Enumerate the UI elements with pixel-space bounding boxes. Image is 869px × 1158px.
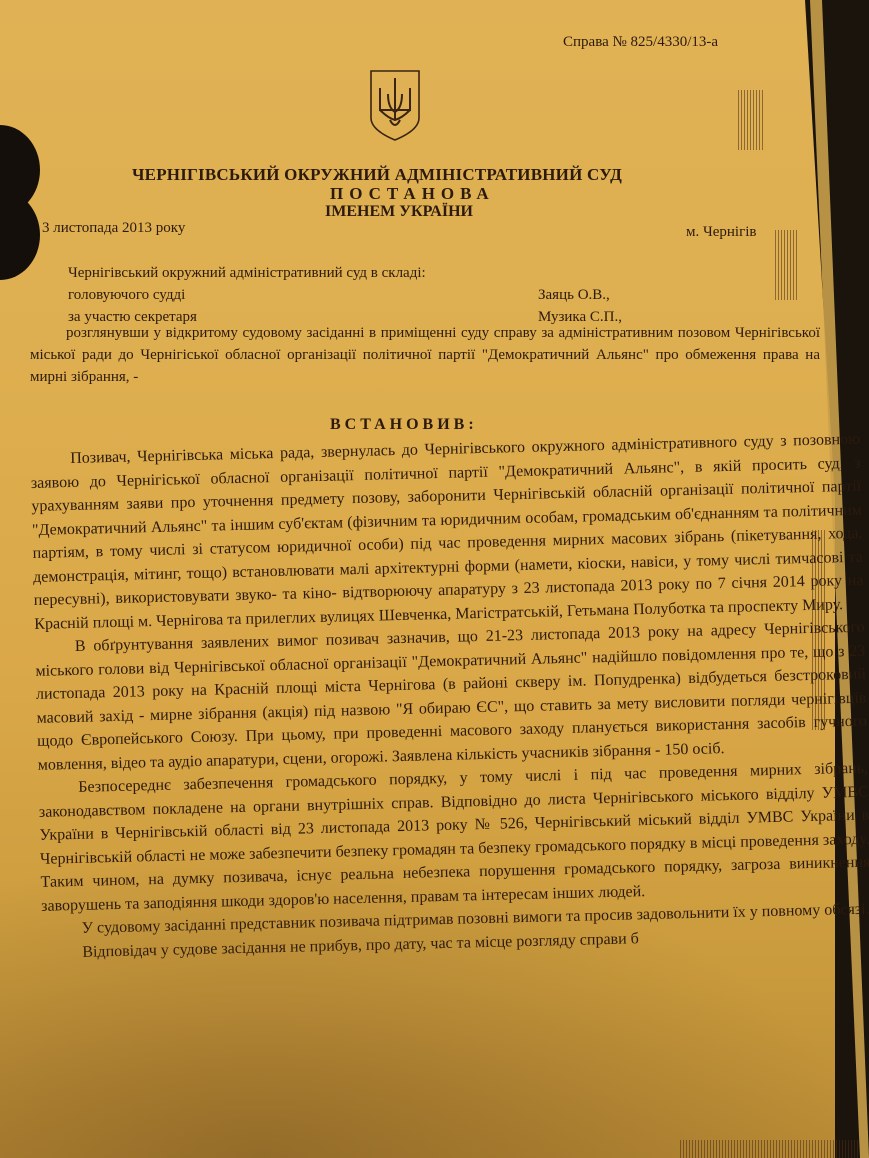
document-date: 3 листопада 2013 року <box>42 220 185 237</box>
court-composition: Чернігівський окружний адміністративний … <box>68 262 748 328</box>
presiding-label: головуючого судді <box>68 284 538 306</box>
barcode <box>680 1140 860 1158</box>
review-statement: розглянувши у відкритому судовому засіда… <box>30 322 820 388</box>
document-city: м. Чернігів <box>686 224 757 241</box>
paragraph: В обґрунтування заявлених вимог позивач … <box>35 616 868 777</box>
established-heading: ВСТАНОВИВ: <box>330 416 478 434</box>
court-title: ЧЕРНІГІВСЬКИЙ ОКРУЖНИЙ АДМІНІСТРАТИВНИЙ … <box>132 165 622 185</box>
trident-emblem-icon <box>368 68 422 142</box>
composition-intro: Чернігівський окружний адміністративний … <box>68 262 748 284</box>
review-text: розглянувши у відкритому судовому засіда… <box>30 322 820 388</box>
in-name-heading: ІМЕНЕМ УКРАЇНИ <box>325 203 473 221</box>
stamp-mark <box>775 230 797 300</box>
case-number: Справа № 825/4330/13-а <box>563 34 718 51</box>
body-text: Позивач, Чернігівська міська рада, зверн… <box>30 428 869 965</box>
stamp-mark <box>738 90 764 150</box>
presiding-name: Заяць О.В., <box>538 284 610 306</box>
resolution-title: ПОСТАНОВА <box>330 184 495 204</box>
paragraph: Безпосереднє забезпечення громадського п… <box>38 757 869 918</box>
paragraph: Позивач, Чернігівська міська рада, зверн… <box>30 428 864 636</box>
